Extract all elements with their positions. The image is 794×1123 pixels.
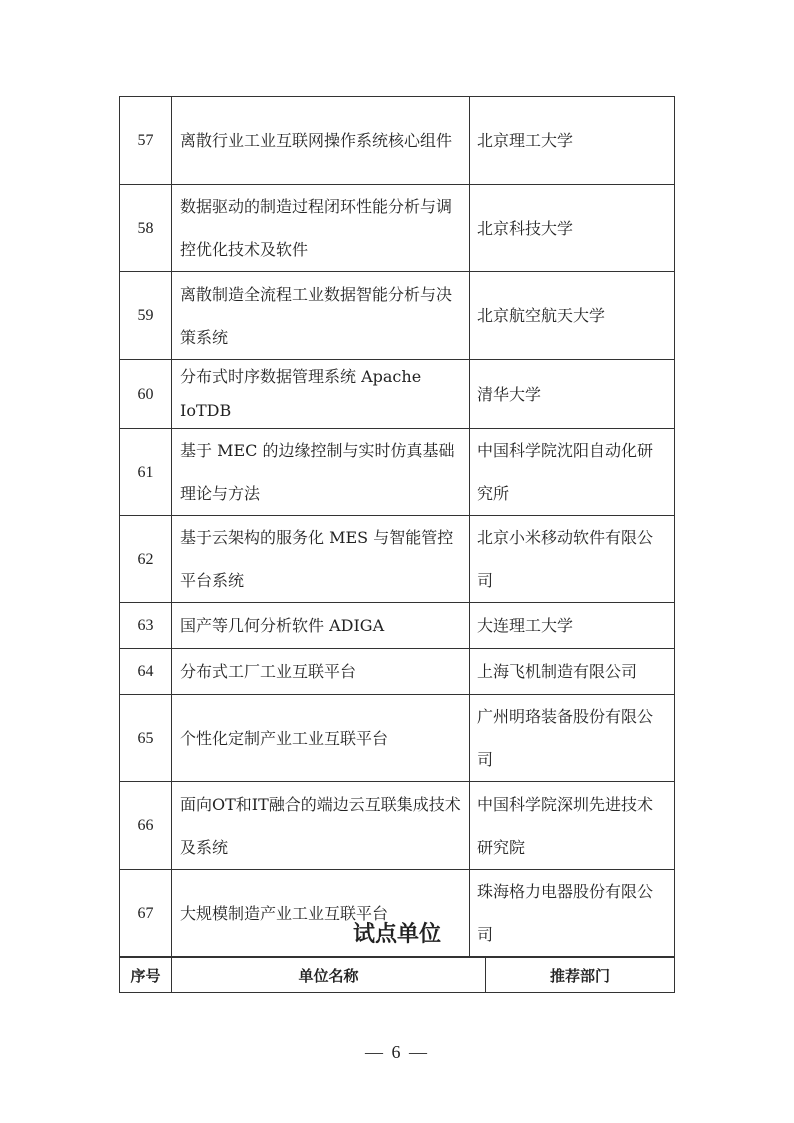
table-row: 60 分布式时序数据管理系统 Apache IoTDB 清华大学: [120, 360, 675, 429]
row-number: 66: [120, 782, 172, 870]
project-name: 分布式工厂工业互联平台: [172, 649, 470, 695]
table-row: 65 个性化定制产业工业互联平台 广州明珞装备股份有限公司: [120, 695, 675, 782]
project-name: 分布式时序数据管理系统 Apache IoTDB: [172, 360, 470, 429]
table-row: 61 基于 MEC 的边缘控制与实时仿真基础理论与方法 中国科学院沈阳自动化研究…: [120, 429, 675, 516]
projects-table: 57 离散行业工业互联网操作系统核心组件 北京理工大学 58 数据驱动的制造过程…: [119, 96, 675, 957]
project-name: 数据驱动的制造过程闭环性能分析与调控优化技术及软件: [172, 185, 470, 272]
row-number: 65: [120, 695, 172, 782]
project-name-text: 分布式时序数据管理系统 Apache IoTDB: [180, 367, 421, 420]
project-unit: 大连理工大学: [470, 603, 675, 649]
project-unit: 上海飞机制造有限公司: [470, 649, 675, 695]
row-number: 60: [120, 360, 172, 429]
table-row: 64 分布式工厂工业互联平台 上海飞机制造有限公司: [120, 649, 675, 695]
table-header-row: 序号 单位名称 推荐部门: [120, 958, 675, 993]
header-recommending-dept: 推荐部门: [486, 958, 675, 993]
table-row: 62 基于云架构的服务化 MES 与智能管控平台系统 北京小米移动软件有限公司: [120, 516, 675, 603]
project-unit: 北京航空航天大学: [470, 272, 675, 360]
row-number: 64: [120, 649, 172, 695]
row-number: 63: [120, 603, 172, 649]
project-unit: 北京小米移动软件有限公司: [470, 516, 675, 603]
project-name: 面向OT和IT融合的端边云互联集成技术及系统: [172, 782, 470, 870]
row-number: 59: [120, 272, 172, 360]
project-unit: 中国科学院深圳先进技术研究院: [470, 782, 675, 870]
project-unit: 中国科学院沈阳自动化研究所: [470, 429, 675, 516]
table-row: 63 国产等几何分析软件 ADIGA 大连理工大学: [120, 603, 675, 649]
table-row: 59 离散制造全流程工业数据智能分析与决策系统 北京航空航天大学: [120, 272, 675, 360]
project-name: 国产等几何分析软件 ADIGA: [172, 603, 470, 649]
row-number: 62: [120, 516, 172, 603]
project-unit: 北京科技大学: [470, 185, 675, 272]
page-number: — 6 —: [0, 1042, 794, 1063]
section-title: 试点单位: [0, 917, 794, 948]
project-unit: 广州明珞装备股份有限公司: [470, 695, 675, 782]
project-name: 离散制造全流程工业数据智能分析与决策系统: [172, 272, 470, 360]
row-number: 57: [120, 97, 172, 185]
project-name: 离散行业工业互联网操作系统核心组件: [172, 97, 470, 185]
table-row: 58 数据驱动的制造过程闭环性能分析与调控优化技术及软件 北京科技大学: [120, 185, 675, 272]
pilot-units-table: 序号 单位名称 推荐部门: [119, 957, 675, 993]
row-number: 61: [120, 429, 172, 516]
project-name: 基于 MEC 的边缘控制与实时仿真基础理论与方法: [172, 429, 470, 516]
project-name: 个性化定制产业工业互联平台: [172, 695, 470, 782]
row-number: 58: [120, 185, 172, 272]
project-unit: 清华大学: [470, 360, 675, 429]
project-unit: 北京理工大学: [470, 97, 675, 185]
header-unit-name: 单位名称: [172, 958, 486, 993]
header-number: 序号: [120, 958, 172, 993]
table-row: 66 面向OT和IT融合的端边云互联集成技术及系统 中国科学院深圳先进技术研究院: [120, 782, 675, 870]
table-row: 57 离散行业工业互联网操作系统核心组件 北京理工大学: [120, 97, 675, 185]
project-name: 基于云架构的服务化 MES 与智能管控平台系统: [172, 516, 470, 603]
